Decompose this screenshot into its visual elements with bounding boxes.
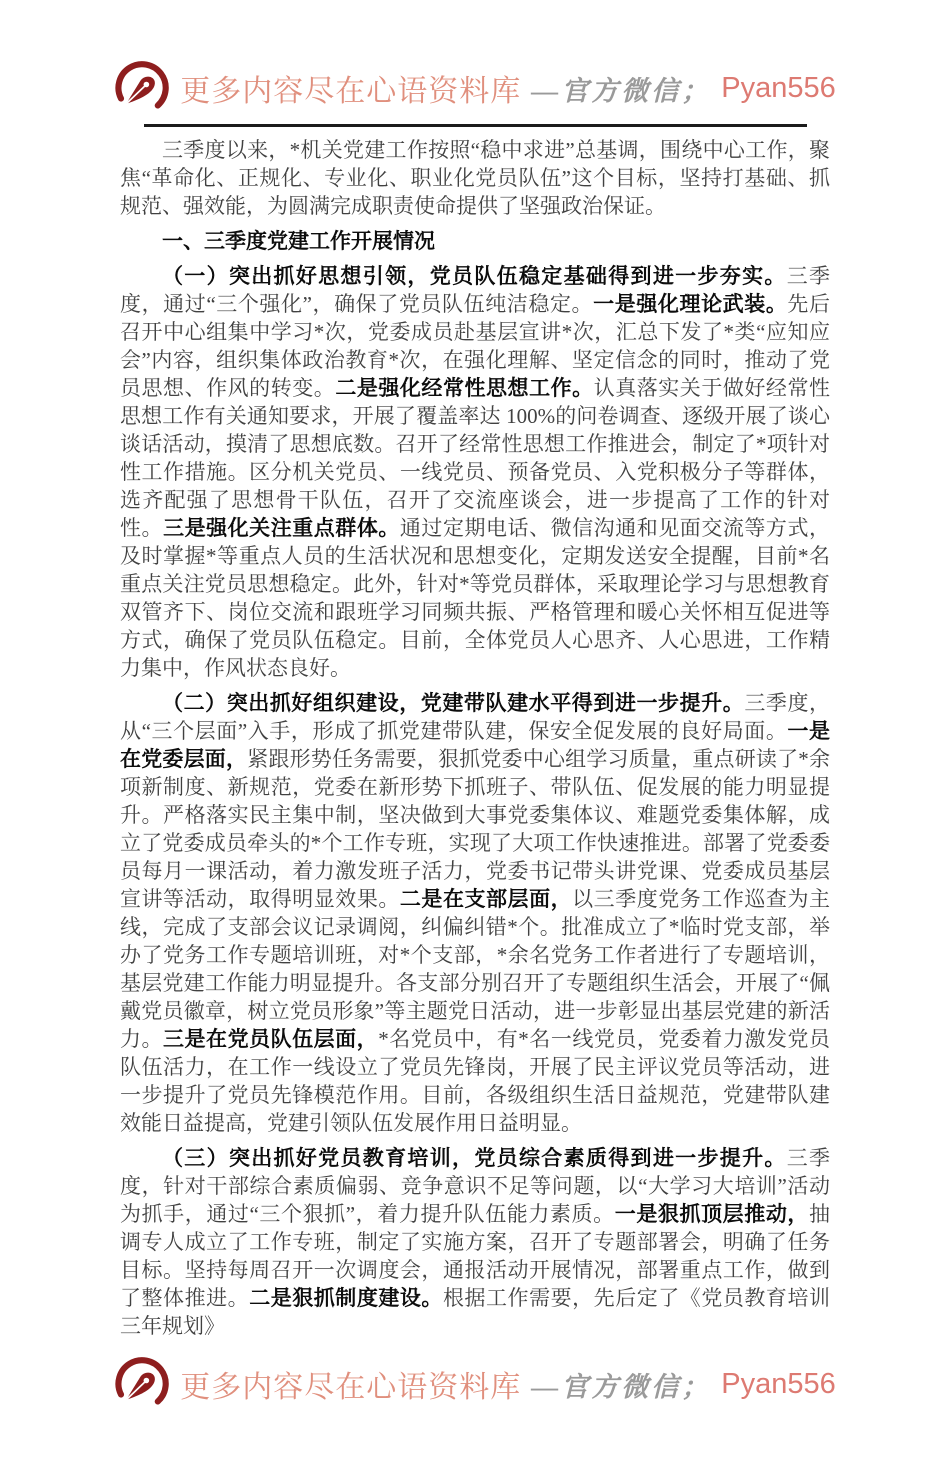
watermark-brand-text: 更多内容尽在心语资料库: [180, 66, 521, 110]
bold-run: 一是狠抓顶层推动，: [615, 1202, 809, 1226]
bold-run: （一）突出抓好思想引领，党员队伍稳定基础得到进一步夯实。: [162, 264, 787, 288]
bold-run: （二）突出抓好组织建设，党建带队建水平得到进一步提升。: [162, 691, 744, 715]
section-heading: 一、三季度党建工作开展情况: [120, 227, 830, 255]
bold-run: 一是强化理论武装。: [593, 292, 787, 316]
text-run: 三季度以来，*机关党建工作按照“稳中求进”总基调，围绕中心工作，聚焦“革命化、正…: [120, 138, 830, 218]
watermark-wechat-label: —官方微信；: [531, 1365, 711, 1404]
pen-logo-icon: [114, 60, 170, 116]
watermark-wechat-label: —官方微信；: [531, 69, 711, 108]
header-divider: [144, 124, 807, 127]
pen-logo-icon: [114, 1356, 170, 1412]
watermark-wechat-id: Pyan556: [721, 72, 836, 105]
bold-run: 一、三季度党建工作开展情况: [162, 229, 435, 253]
bold-run: 二是强化经常性思想工作。: [335, 376, 593, 400]
bold-run: （三）突出抓好党员教育培训，党员综合素质得到进一步提升。: [162, 1146, 787, 1170]
paragraph: （三）突出抓好党员教育培训，党员综合素质得到进一步提升。三季度，针对干部综合素质…: [120, 1144, 830, 1340]
paragraph: 三季度以来，*机关党建工作按照“稳中求进”总基调，围绕中心工作，聚焦“革命化、正…: [120, 136, 830, 220]
bold-run: 二是在支部层面，: [400, 887, 572, 911]
watermark-brand-text: 更多内容尽在心语资料库: [180, 1362, 521, 1406]
document-body: 三季度以来，*机关党建工作按照“稳中求进”总基调，围绕中心工作，聚焦“革命化、正…: [120, 136, 830, 1340]
bold-run: 三是在党员队伍层面，: [163, 1027, 378, 1051]
text-run: 通过定期电话、微信沟通和见面交流等方式，及时掌握*等重点人员的生活状况和思想变化…: [120, 516, 830, 680]
paragraph: （一）突出抓好思想引领，党员队伍稳定基础得到进一步夯实。三季度，通过“三个强化”…: [120, 262, 830, 682]
bold-run: 三是强化关注重点群体。: [163, 516, 400, 540]
header-watermark: 更多内容尽在心语资料库 —官方微信； Pyan556: [0, 0, 950, 116]
bold-run: 二是狠抓制度建设。: [249, 1286, 443, 1310]
footer-watermark: 更多内容尽在心语资料库 —官方微信； Pyan556: [0, 1356, 950, 1472]
watermark-wechat-id: Pyan556: [721, 1368, 836, 1401]
document-page: 更多内容尽在心语资料库 —官方微信； Pyan556 三季度以来，*机关党建工作…: [0, 0, 950, 1472]
paragraph: （二）突出抓好组织建设，党建带队建水平得到进一步提升。三季度，从“三个层面”入手…: [120, 689, 830, 1137]
